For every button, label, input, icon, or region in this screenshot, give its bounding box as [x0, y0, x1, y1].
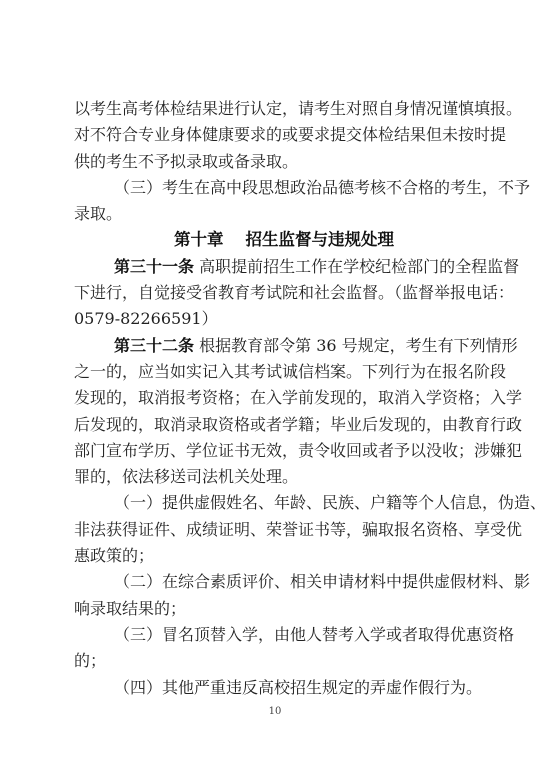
text-line: 非法获得证件、成绩证明、荣誉证书等，骗取报名资格、享受优 [74, 517, 478, 543]
article-31-first-line: 第三十一条 高职提前招生工作在学校纪检部门的全程监督 [74, 254, 478, 280]
document-page: 以考生高考体检结果进行认定，请考生对照自身情况谨慎填报。 对不符合专业身体健康要… [0, 0, 550, 778]
page-number: 10 [0, 706, 550, 717]
chapter-heading: 第十章招生监督与违规处理 [74, 227, 478, 253]
phone-number-line: 0579-82266591） [74, 306, 478, 332]
chapter-title: 招生监督与违规处理 [246, 230, 395, 249]
text-line: 对不符合专业身体健康要求的或要求提交体检结果但未按时提 [74, 122, 478, 148]
page-body: 以考生高考体检结果进行认定，请考生对照自身情况谨慎填报。 对不符合专业身体健康要… [74, 96, 478, 701]
text-line: 的； [74, 648, 478, 674]
text-line: 后发现的，取消录取资格或者学籍；毕业后发现的，由教育行政 [74, 412, 478, 438]
article-label: 第三十一条 [114, 257, 194, 276]
list-item-3: （三）冒名顶替入学，由他人替考入学或者取得优惠资格 [74, 622, 478, 648]
article-32-first-line: 第三十二条 根据教育部令第 36 号规定，考生有下列情形 [74, 333, 478, 359]
text-line: 以考生高考体检结果进行认定，请考生对照自身情况谨慎填报。 [74, 96, 478, 122]
text-line: 响录取结果的； [74, 596, 478, 622]
article-text: 高职提前招生工作在学校纪检部门的全程监督 [199, 257, 519, 276]
text-line: 发现的，取消报考资格；在入学前发现的，取消入学资格；入学 [74, 385, 478, 411]
chapter-number: 第十章 [174, 230, 224, 249]
text-line: 录取。 [74, 201, 478, 227]
text-line: 惠政策的； [74, 543, 478, 569]
text-line: 下进行，自觉接受省教育考试院和社会监督。（监督举报电话： [74, 280, 478, 306]
list-item-4: （四）其他严重违反高校招生规定的弄虚作假行为。 [74, 675, 478, 701]
text-line: 供的考生不予拟录取或备录取。 [74, 149, 478, 175]
article-text: 根据教育部令第 36 号规定，考生有下列情形 [199, 336, 518, 355]
article-label: 第三十二条 [114, 336, 194, 355]
text-line: 部门宣布学历、学位证书无效，责令收回或者予以没收；涉嫌犯 [74, 438, 478, 464]
text-line: 之一的，应当如实记入其考试诚信档案。下列行为在报名阶段 [74, 359, 478, 385]
text-line: 罪的，依法移送司法机关处理。 [74, 464, 478, 490]
list-item-1: （一）提供虚假姓名、年龄、民族、户籍等个人信息，伪造、 [74, 490, 478, 516]
text-line: （三）考生在高中段思想政治品德考核不合格的考生，不予 [74, 175, 478, 201]
list-item-2: （二）在综合素质评价、相关申请材料中提供虚假材料、影 [74, 569, 478, 595]
